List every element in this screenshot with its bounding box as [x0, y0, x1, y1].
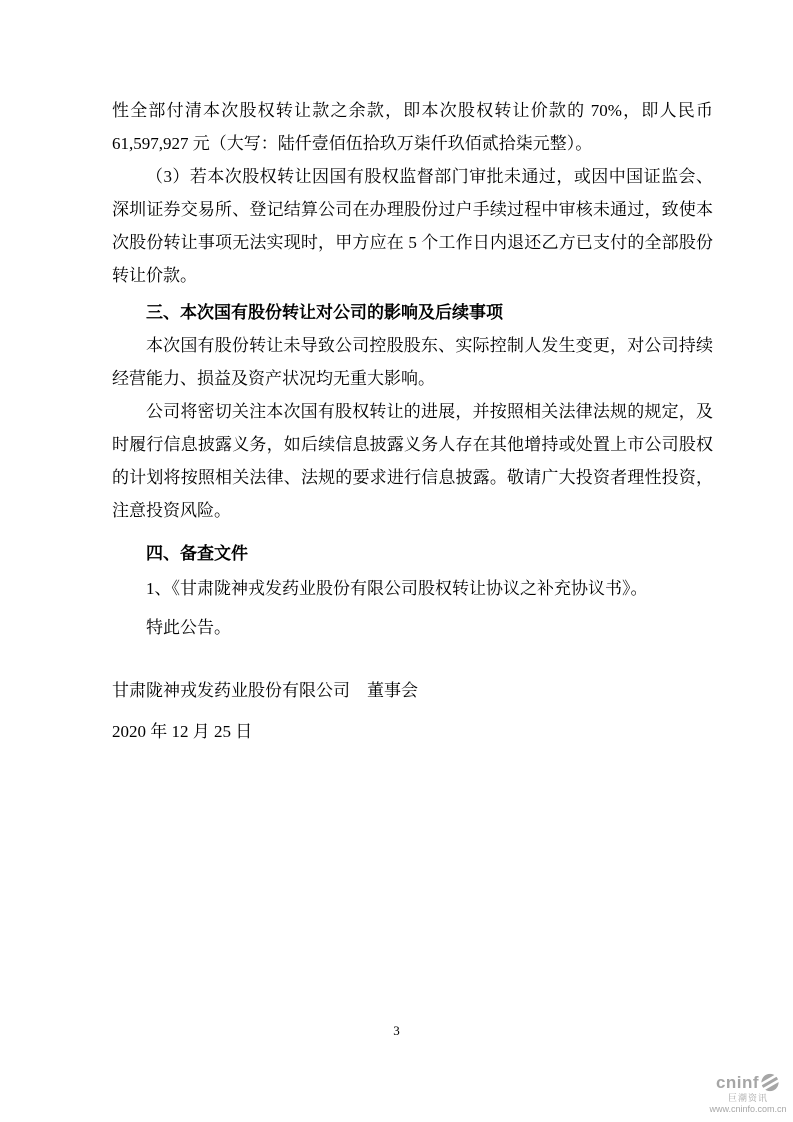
cninfo-swoosh-icon	[760, 1073, 780, 1092]
section-heading-4: 四、备查文件	[112, 537, 713, 570]
document-body: 性全部付清本次股权转让款之余款，即本次股权转让价款的 70%，即人民币 61,5…	[112, 0, 713, 748]
document-page: 性全部付清本次股权转让款之余款，即本次股权转让价款的 70%，即人民币 61,5…	[0, 0, 793, 1122]
paragraph-disclosure: 公司将密切关注本次国有股权转让的进展，并按照相关法律法规的规定，及时履行信息披露…	[112, 395, 713, 527]
paragraph-impact: 本次国有股份转让未导致公司控股股东、实际控制人发生变更，对公司持续经营能力、损益…	[112, 329, 713, 395]
paragraph-payment-continuation: 性全部付清本次股权转让款之余款，即本次股权转让价款的 70%，即人民币 61,5…	[112, 94, 713, 160]
cninfo-logo: cninf 巨潮资讯 www.cninfo.com.cn	[706, 1073, 790, 1114]
section-heading-3: 三、本次国有股份转让对公司的影响及后续事项	[112, 296, 713, 329]
paragraph-item-3: （3）若本次股权转让因国有股权监督部门审批未通过，或因中国证监会、深圳证券交易所…	[112, 160, 713, 292]
signature-company-line: 甘肃陇神戎发药业股份有限公司 董事会	[112, 674, 713, 707]
page-number: 3	[0, 1023, 793, 1039]
cninfo-logo-top: cninf	[706, 1073, 790, 1092]
cninfo-logo-url: www.cninfo.com.cn	[706, 1105, 790, 1114]
cninfo-logo-chinese-name: 巨潮资讯	[706, 1094, 790, 1103]
signature-date-line: 2020 年 12 月 25 日	[112, 715, 713, 748]
paragraph-announcement-notice: 特此公告。	[112, 611, 713, 644]
signature-block: 甘肃陇神戎发药业股份有限公司 董事会 2020 年 12 月 25 日	[112, 674, 713, 748]
paragraph-reference-document: 1、《甘肃陇神戎发药业股份有限公司股权转让协议之补充协议书》。	[112, 572, 713, 605]
cninfo-logo-text: cninf	[716, 1074, 759, 1091]
